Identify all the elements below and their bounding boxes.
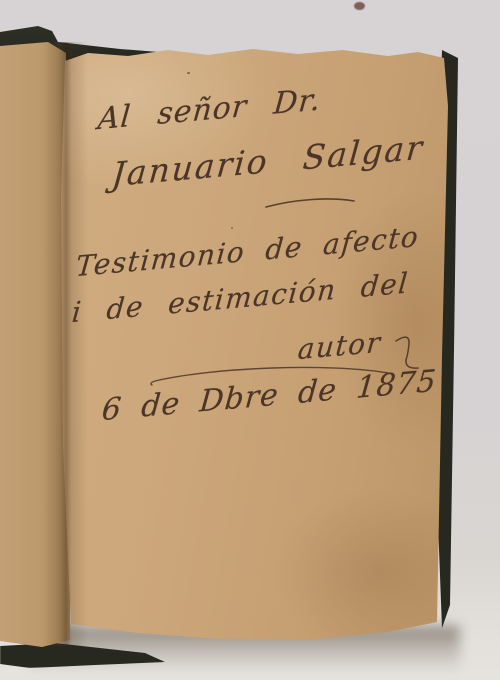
handwritten-inscription: Al señor Dr. Januario Salgar Testimonio … (0, 0, 500, 680)
autor-swash-stroke (151, 367, 388, 385)
photo-backdrop: Al señor Dr. Januario Salgar Testimonio … (0, 0, 500, 680)
ink-flourish-strokes (0, 0, 500, 680)
autor-rubric-stroke (396, 337, 418, 368)
salgar-underline-stroke (266, 199, 354, 207)
